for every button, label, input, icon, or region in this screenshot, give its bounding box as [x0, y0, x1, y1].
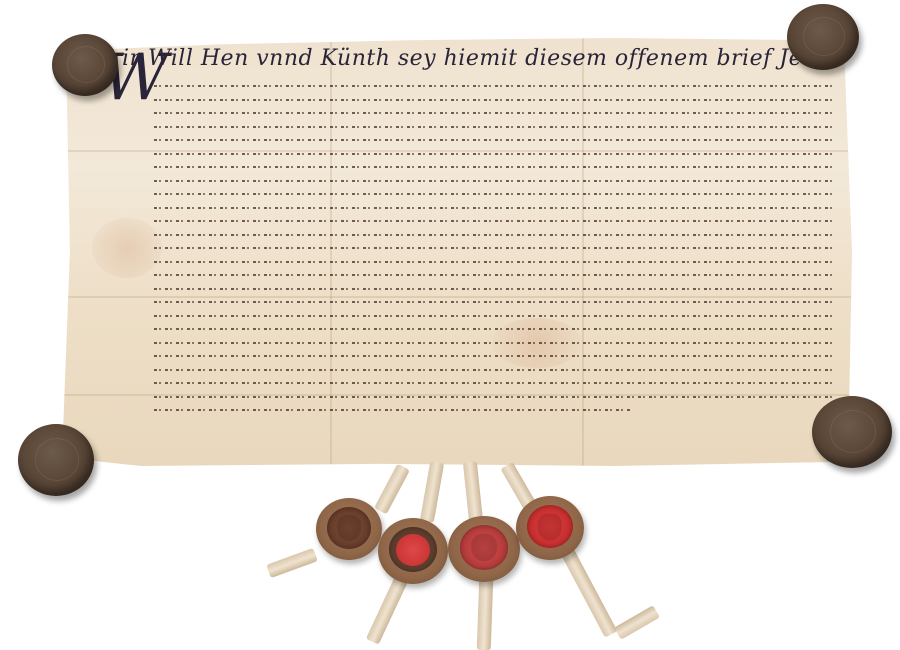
- seal-strap: [561, 547, 618, 637]
- corner-weight-bottom-right: [812, 396, 892, 468]
- heading-line: ir Will Hen vnnd Künth sey hiemit diesem…: [122, 46, 842, 71]
- seal-strap: [420, 461, 444, 523]
- wax-seal-4: [516, 496, 584, 560]
- wax-seal-1: [316, 498, 382, 560]
- seal-strap: [477, 578, 494, 650]
- corner-weight-bottom-left: [18, 424, 94, 496]
- wax-seal-3: [448, 516, 520, 582]
- seal-strap: [366, 575, 408, 644]
- seal-strap: [374, 464, 410, 515]
- wax-seal-2: [378, 518, 448, 584]
- corner-weight-top-left: [52, 34, 118, 96]
- stain: [92, 218, 162, 278]
- seal-strap: [266, 548, 318, 578]
- parchment-charter: W ir Will Hen vnnd Künth sey hiemit dies…: [62, 38, 852, 466]
- seal-strap: [614, 605, 660, 640]
- manuscript-body: [154, 78, 834, 423]
- seal-strap: [463, 461, 483, 522]
- corner-weight-top-right: [787, 4, 859, 70]
